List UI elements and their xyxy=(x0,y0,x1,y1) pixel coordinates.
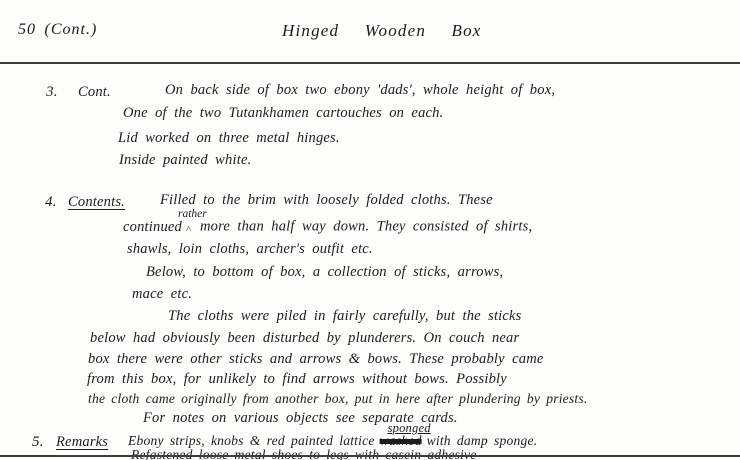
document-page: 50 (Cont.) Hinged Wooden Box 3. Cont. On… xyxy=(0,0,740,460)
line-text-rest: more than half way down. They consisted … xyxy=(200,219,532,235)
inserted-word: sponged xyxy=(388,421,431,436)
line-text-start: continued xyxy=(123,219,182,235)
caret-mark: ^ xyxy=(186,225,190,237)
handwritten-line: One of the two Tutankhamen cartouches on… xyxy=(123,105,443,122)
line-text-rest: with damp sponge. xyxy=(427,433,538,448)
handwritten-line: The cloths were piled in fairly carefull… xyxy=(168,308,522,325)
section-4-label: Contents. xyxy=(68,194,125,211)
handwritten-line: Lid worked on three metal hinges. xyxy=(118,130,340,147)
handwritten-line: On back side of box two ebony 'dads', wh… xyxy=(165,82,555,99)
bottom-edge-line xyxy=(0,455,740,457)
handwritten-line: Inside painted white. xyxy=(119,152,251,169)
inserted-word: rather xyxy=(178,208,207,222)
handwritten-line: mace etc. xyxy=(132,286,192,303)
handwritten-line: Filled to the brim with loosely folded c… xyxy=(160,192,493,209)
handwritten-line: below had obviously been disturbed by pl… xyxy=(90,330,519,347)
section-4-number: 4. xyxy=(45,193,57,211)
handwritten-line: Refastened loose metal shoes to legs wit… xyxy=(131,447,477,460)
handwritten-line: Below, to bottom of box, a collection of… xyxy=(146,264,503,281)
page-title: Hinged Wooden Box xyxy=(282,21,482,41)
section-5-number: 5. xyxy=(32,433,44,451)
handwritten-line: shawls, loin cloths, archer's outfit etc… xyxy=(127,241,373,258)
handwritten-line: continuedrather^more than half way down.… xyxy=(123,216,532,236)
handwritten-line: from this box, for unlikely to find arro… xyxy=(87,371,507,388)
header-divider xyxy=(0,62,740,64)
section-5-label: Remarks xyxy=(56,434,108,451)
handwritten-line: box there were other sticks and arrows &… xyxy=(88,351,544,368)
page-number: 50 (Cont.) xyxy=(18,20,97,39)
line-text-start: Ebony strips, knobs & red painted lattic… xyxy=(128,433,375,448)
insertion-mark: rather^ xyxy=(188,216,200,231)
handwritten-line: the cloth came originally from another b… xyxy=(88,391,587,407)
section-3-label: Cont. xyxy=(78,84,111,101)
section-3-number: 3. xyxy=(46,83,58,101)
